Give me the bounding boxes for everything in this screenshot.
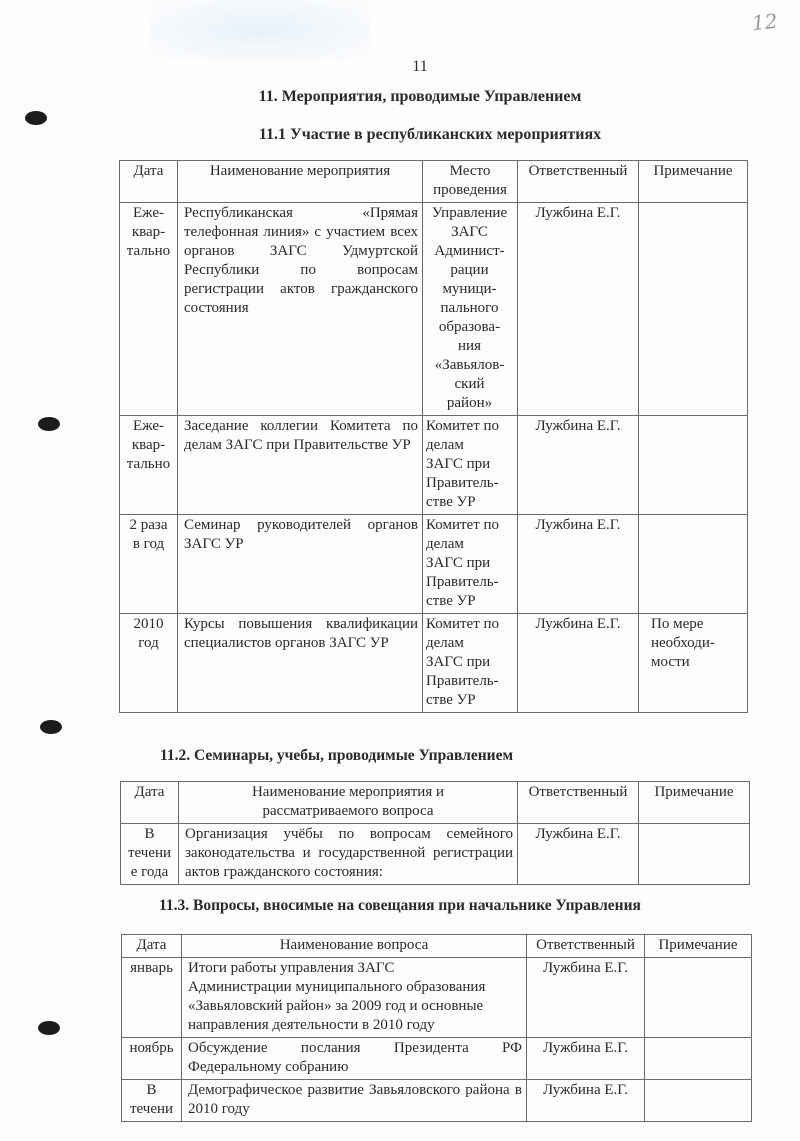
cell-line: квар-: [124, 223, 173, 242]
cell-line: направления деятельности в 2010 году: [188, 1016, 522, 1035]
column-header-event-and-question: Наименование мероприятия и рассматриваем…: [179, 782, 518, 824]
cell-line: В: [125, 825, 174, 844]
responsible-cell: Лужбина Е.Г.: [518, 824, 639, 885]
punch-hole: [38, 1021, 60, 1035]
date-cell: Втечени: [122, 1080, 182, 1122]
column-header-note: Примечание: [645, 935, 752, 958]
date-cell: Еже-квар-тально: [120, 416, 178, 515]
responsible-cell: Лужбина Е.Г.: [518, 515, 639, 614]
note-cell: [645, 1080, 752, 1122]
cell-line: делам: [426, 535, 513, 554]
cell-line: Комитет по: [426, 615, 513, 634]
cell-line: январь: [126, 959, 177, 978]
cell-line: стве УР: [426, 592, 513, 611]
responsible-cell: Лужбина Е.Г.: [518, 203, 639, 416]
cell-line: тально: [124, 242, 173, 261]
page-number: 11: [0, 58, 800, 76]
responsible-cell: Лужбина Е.Г.: [518, 416, 639, 515]
column-header-place: Место проведения: [423, 161, 518, 203]
cell-line: е года: [125, 863, 174, 882]
note-cell: [639, 824, 750, 885]
punch-hole: [25, 111, 47, 125]
cell-line: рации: [426, 261, 513, 280]
table-row: январьИтоги работы управления ЗАГСАдмини…: [122, 958, 752, 1038]
cell-line: мости: [651, 653, 743, 672]
cell-line: Комитет по: [426, 516, 513, 535]
cell-line: стве УР: [426, 691, 513, 710]
cell-line: год: [124, 634, 173, 653]
header-line: рассматриваемого вопроса: [183, 802, 513, 821]
table-row: 2 разав годСеминар руководителей органов…: [120, 515, 748, 614]
cell-line: «Завьяловский район» за 2009 год и основ…: [188, 997, 522, 1016]
cell-line: Еже-: [124, 204, 173, 223]
event-name-cell: Организация учёбы по вопросам семейного …: [179, 824, 518, 885]
section-11-3-heading: 11.3. Вопросы, вносимые на совещания при…: [159, 897, 641, 915]
table-row: 2010годКурсы повышения квалификации спец…: [120, 614, 748, 713]
responsible-cell: Лужбина Е.Г.: [527, 958, 645, 1038]
column-header-note: Примечание: [639, 161, 748, 203]
column-header-responsible: Ответственный: [518, 161, 639, 203]
responsible-cell: Лужбина Е.Г.: [527, 1080, 645, 1122]
seminars-table: Дата Наименование мероприятия и рассматр…: [120, 781, 750, 885]
column-header-question-name: Наименование вопроса: [182, 935, 527, 958]
cell-line: ский: [426, 375, 513, 394]
question-name-cell: Обсуждение послания Президента РФ Федера…: [182, 1038, 527, 1080]
punch-hole: [40, 720, 62, 734]
event-name-cell: Семинар руководителей органов ЗАГС УР: [178, 515, 423, 614]
cell-line: Итоги работы управления ЗАГС: [188, 959, 522, 978]
cell-line: течени: [125, 844, 174, 863]
date-cell: 2 разав год: [120, 515, 178, 614]
table-row: Втечение годаОрганизация учёбы по вопрос…: [121, 824, 750, 885]
cell-line: ноябрь: [126, 1039, 177, 1058]
cell-line: Правитель-: [426, 474, 513, 493]
place-cell: Комитет поделамЗАГС приПравитель-стве УР: [423, 416, 518, 515]
date-cell: ноябрь: [122, 1038, 182, 1080]
punch-hole: [38, 417, 60, 431]
cell-line: Администрации муниципального образования: [188, 978, 522, 997]
scan-artifact: [150, 0, 370, 60]
cell-line: в год: [124, 535, 173, 554]
meeting-questions-table: Дата Наименование вопроса Ответственный …: [121, 934, 752, 1122]
event-name-cell: Республиканская «Прямая телефонная линия…: [178, 203, 423, 416]
header-line: Наименование мероприятия и: [183, 783, 513, 802]
note-cell: [639, 203, 748, 416]
cell-line: Правитель-: [426, 672, 513, 691]
cell-line: ния: [426, 337, 513, 356]
table-header-row: Дата Наименование мероприятия и рассматр…: [121, 782, 750, 824]
section-11-2-heading: 11.2. Семинары, учебы, проводимые Управл…: [160, 747, 513, 765]
cell-line: «Завьялов-: [426, 356, 513, 375]
column-header-date: Дата: [120, 161, 178, 203]
note-cell: [639, 515, 748, 614]
event-name-cell: Курсы повышения квалификации специалисто…: [178, 614, 423, 713]
handwritten-page-number: 12: [751, 9, 779, 36]
note-cell: [645, 958, 752, 1038]
note-cell: По меренеобходи-мости: [639, 614, 748, 713]
cell-line: 2 раза: [124, 516, 173, 535]
column-header-responsible: Ответственный: [518, 782, 639, 824]
note-cell: [639, 416, 748, 515]
cell-line: Еже-: [124, 417, 173, 436]
date-cell: Еже-квар-тально: [120, 203, 178, 416]
column-header-event-name: Наименование мероприятия: [178, 161, 423, 203]
cell-line: ЗАГС при: [426, 554, 513, 573]
event-name-cell: Заседание коллегии Комитета по делам ЗАГ…: [178, 416, 423, 515]
cell-line: квар-: [124, 436, 173, 455]
table-row: ВтечениДемографическое развитие Завьялов…: [122, 1080, 752, 1122]
question-name-cell: Демографическое развитие Завьяловского р…: [182, 1080, 527, 1122]
cell-line: течени: [126, 1100, 177, 1119]
column-header-responsible: Ответственный: [527, 935, 645, 958]
section-title: 11. Мероприятия, проводимые Управлением: [0, 88, 800, 106]
cell-line: 2010: [124, 615, 173, 634]
date-cell: январь: [122, 958, 182, 1038]
cell-line: делам: [426, 436, 513, 455]
cell-line: стве УР: [426, 493, 513, 512]
responsible-cell: Лужбина Е.Г.: [527, 1038, 645, 1080]
table-header-row: Дата Наименование мероприятия Место пров…: [120, 161, 748, 203]
cell-line: ЗАГС при: [426, 455, 513, 474]
cell-line: По мере: [651, 615, 743, 634]
column-header-note: Примечание: [639, 782, 750, 824]
cell-line: Комитет по: [426, 417, 513, 436]
cell-line: Правитель-: [426, 573, 513, 592]
cell-line: Управление: [426, 204, 513, 223]
cell-line: образова-: [426, 318, 513, 337]
cell-line: В: [126, 1081, 177, 1100]
place-cell: Комитет поделамЗАГС приПравитель-стве УР: [423, 614, 518, 713]
table-row: Еже-квар-тальноРеспубликанская «Прямая т…: [120, 203, 748, 416]
cell-line: Админист-: [426, 242, 513, 261]
date-cell: 2010год: [120, 614, 178, 713]
cell-line: пального: [426, 299, 513, 318]
note-cell: [645, 1038, 752, 1080]
cell-line: район»: [426, 394, 513, 413]
cell-line: делам: [426, 634, 513, 653]
cell-line: ЗАГС при: [426, 653, 513, 672]
section-11-1-heading: 11.1 Участие в республиканских мероприят…: [0, 126, 800, 144]
place-cell: Комитет поделамЗАГС приПравитель-стве УР: [423, 515, 518, 614]
place-cell: УправлениеЗАГСАдминист-рациимуници-пальн…: [423, 203, 518, 416]
table-row: ноябрьОбсуждение послания Президента РФ …: [122, 1038, 752, 1080]
responsible-cell: Лужбина Е.Г.: [518, 614, 639, 713]
cell-line: тально: [124, 455, 173, 474]
question-name-cell: Итоги работы управления ЗАГСАдминистраци…: [182, 958, 527, 1038]
republican-events-table: Дата Наименование мероприятия Место пров…: [119, 160, 748, 713]
cell-line: муници-: [426, 280, 513, 299]
column-header-date: Дата: [121, 782, 179, 824]
column-header-date: Дата: [122, 935, 182, 958]
cell-line: ЗАГС: [426, 223, 513, 242]
table-header-row: Дата Наименование вопроса Ответственный …: [122, 935, 752, 958]
cell-line: необходи-: [651, 634, 743, 653]
table-row: Еже-квар-тальноЗаседание коллегии Комите…: [120, 416, 748, 515]
date-cell: Втечение года: [121, 824, 179, 885]
